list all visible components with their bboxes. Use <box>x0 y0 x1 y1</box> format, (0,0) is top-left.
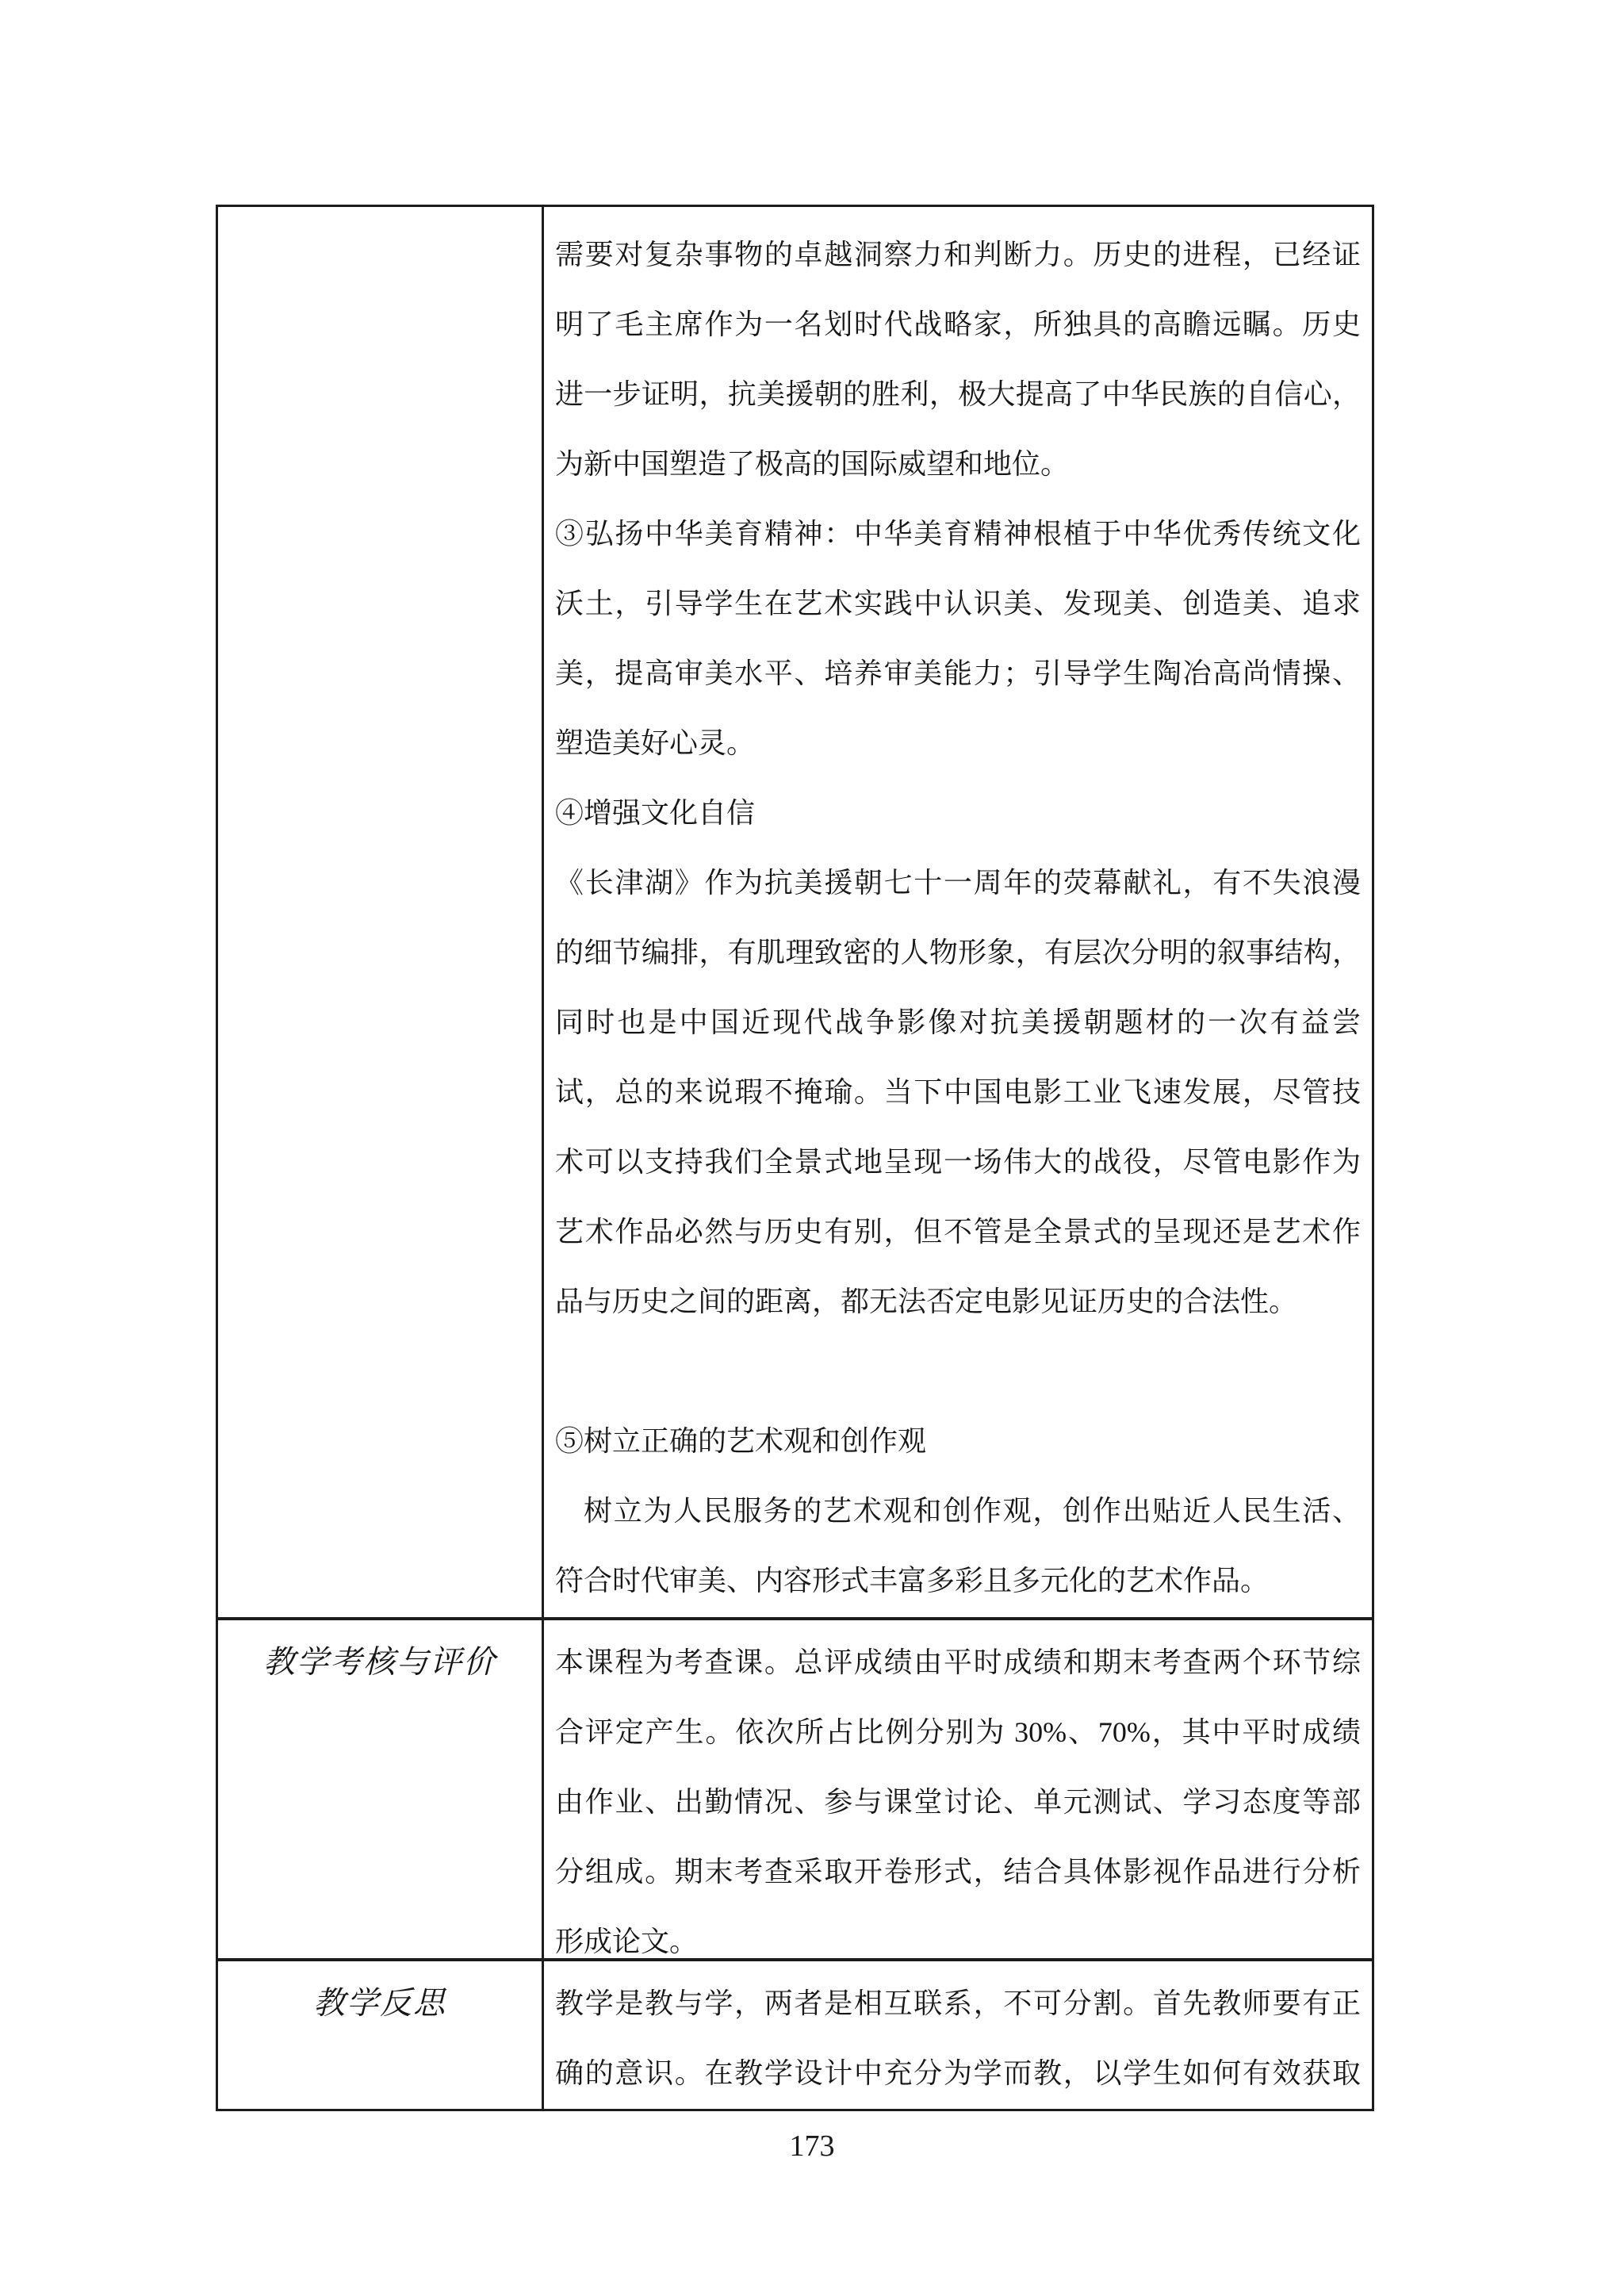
text-line: 明了毛主席作为一名划时代战略家，所独具的高瞻远瞩。历史 <box>555 289 1361 359</box>
text-line: 沃土，引导学生在艺术实践中认识美、发现美、创造美、追求 <box>555 569 1361 638</box>
text-line: 树立为人民服务的艺术观和创作观，创作出贴近人民生活、 <box>555 1476 1361 1546</box>
text-line: 美，提高审美水平、培养审美能力；引导学生陶冶高尚情操、 <box>555 638 1361 708</box>
row2-content-cell: 本课程为考查课。总评成绩由平时成绩和期末考查两个环节综 合评定产生。依次所占比例… <box>544 1617 1372 1958</box>
text-line: 为新中国塑造了极高的国际威望和地位。 <box>555 429 1361 499</box>
text-line: 确的意识。在教学设计中充分为学而教，以学生如何有效获取 <box>555 2038 1361 2108</box>
document-page: 需要对复杂事物的卓越洞察力和判断力。历史的进程，已经证 明了毛主席作为一名划时代… <box>0 0 1624 2296</box>
row1-label-cell <box>218 207 544 1617</box>
text-line: 符合时代审美、内容形式丰富多彩且多元化的艺术作品。 <box>555 1546 1361 1616</box>
text-line: ③弘扬中华美育精神：中华美育精神根植于中华优秀传统文化 <box>555 499 1361 569</box>
text-line: 形成论文。 <box>555 1907 1361 1958</box>
row3-label-cell: 教学反思 <box>218 1958 544 2109</box>
text-line: 同时也是中国近现代战争影像对抗美援朝题材的一次有益尝 <box>555 987 1361 1057</box>
text-line: 术可以支持我们全景式地呈现一场伟大的战役，尽管电影作为 <box>555 1127 1361 1197</box>
text-line: 由作业、出勤情况、参与课堂讨论、单元测试、学习态度等部 <box>555 1767 1361 1837</box>
text-line: 需要对复杂事物的卓越洞察力和判断力。历史的进程，已经证 <box>555 220 1361 289</box>
text-line: 教学是教与学，两者是相互联系，不可分割。首先教师要有正 <box>555 1968 1361 2038</box>
text-line: 艺术作品必然与历史有别，但不管是全景式的呈现还是艺术作 <box>555 1197 1361 1267</box>
text-line: 进一步证明，抗美援朝的胜利，极大提高了中华民族的自信心， <box>555 359 1361 429</box>
text-line: 合评定产生。依次所占比例分别为 30%、70%，其中平时成绩 <box>555 1697 1361 1767</box>
text-line: 分组成。期末考查采取开卷形式，结合具体影视作品进行分析 <box>555 1837 1361 1907</box>
lesson-plan-table: 需要对复杂事物的卓越洞察力和判断力。历史的进程，已经证 明了毛主席作为一名划时代… <box>216 205 1374 2111</box>
blank-line <box>555 1336 1361 1406</box>
row-label-reflection: 教学反思 <box>313 1968 446 2038</box>
text-line: 本课程为考查课。总评成绩由平时成绩和期末考查两个环节综 <box>555 1627 1361 1697</box>
text-line: ⑤树立正确的艺术观和创作观 <box>555 1406 1361 1476</box>
text-line: 的细节编排，有肌理致密的人物形象，有层次分明的叙事结构， <box>555 918 1361 987</box>
row2-label-cell: 教学考核与评价 <box>218 1617 544 1958</box>
text-line: 塑造美好心灵。 <box>555 708 1361 778</box>
row1-content-cell: 需要对复杂事物的卓越洞察力和判断力。历史的进程，已经证 明了毛主席作为一名划时代… <box>544 207 1372 1617</box>
text-line: 试，总的来说瑕不掩瑜。当下中国电影工业飞速发展，尽管技 <box>555 1057 1361 1127</box>
text-line: ④增强文化自信 <box>555 778 1361 848</box>
page-number: 173 <box>0 2127 1624 2165</box>
text-line: 《长津湖》作为抗美援朝七十一周年的荧幕献礼，有不失浪漫 <box>555 848 1361 918</box>
text-line: 品与历史之间的距离，都无法否定电影见证历史的合法性。 <box>555 1267 1361 1336</box>
row-label-assessment: 教学考核与评价 <box>263 1627 496 1697</box>
row3-content-cell: 教学是教与学，两者是相互联系，不可分割。首先教师要有正 确的意识。在教学设计中充… <box>544 1958 1372 2109</box>
